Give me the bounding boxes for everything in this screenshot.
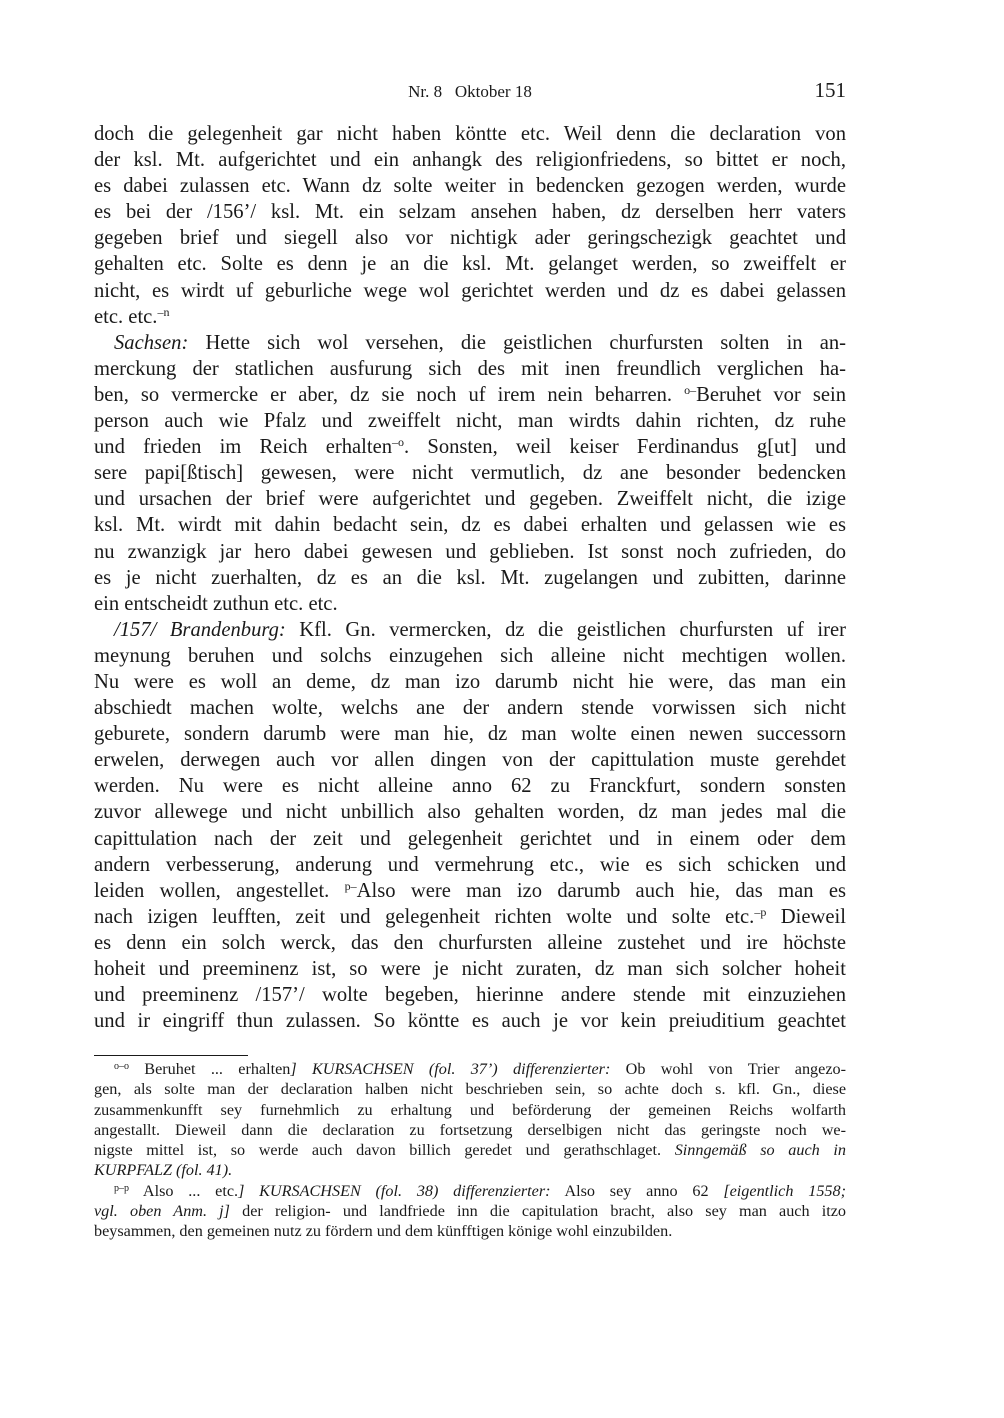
line-text: gehalten etc. Solte es denn je an die ks…	[94, 253, 846, 275]
footnote-line: zusammenkunfft sey furnehmlich zu erhalt…	[94, 1100, 846, 1120]
space	[129, 1182, 143, 1200]
text-line: gegeben brief und siegell also vor nicht…	[94, 225, 846, 251]
variant-marker: –n	[157, 305, 169, 319]
line-text: merckung der statlichen ausfurung sich d…	[94, 358, 846, 380]
page-header: Nr. 8 Oktober 18 151	[94, 80, 846, 106]
text-line: zuvor allewege und nicht unbillich also …	[94, 799, 846, 825]
line-text: Also were man izo darumb auch hie, das m…	[357, 880, 846, 902]
text-line: und ir eingriff thun zulassen. So köntte…	[94, 1008, 846, 1034]
text-line: doch die gelegenheit gar nicht haben kön…	[94, 121, 846, 147]
footnote: o–o Beruhet ... erhalten] KURSACHSEN (fo…	[94, 1059, 846, 1181]
line-text: ben, so vermercke er aber, dz sie noch u…	[94, 384, 684, 406]
line-text: nicht, es wirdt uf geburliche wege wol g…	[94, 280, 846, 302]
running-head: Nr. 8 Oktober 18	[94, 82, 846, 102]
footnote-line: nigste mittel ist, so werde auch davon b…	[94, 1140, 846, 1160]
text-line: und frieden im Reich erhalten–o. Sonsten…	[94, 434, 846, 460]
line-text: der ksl. Mt. aufgerichtet und ein anhang…	[94, 149, 846, 171]
footnote-line: o–o Beruhet ... erhalten] KURSACHSEN (fo…	[94, 1059, 846, 1079]
line-text: Hette sich wol versehen, die geistlichen…	[188, 332, 846, 354]
text-line: etc. etc.–n	[94, 304, 846, 330]
space	[129, 1060, 144, 1078]
line-text: Dieweil	[766, 906, 846, 928]
footnote-text: angestallt. Dieweil dann die declaration…	[94, 1121, 846, 1139]
variant-marker: p–	[345, 879, 357, 893]
line-text: capittulation nach der zeit und gelegenh…	[94, 828, 846, 850]
text-line: meynung beruhen und solchs einzugehen si…	[94, 643, 846, 669]
line-text: andern verbesserung, anderung und vermeh…	[94, 854, 846, 876]
text-line: es dabei zulassen etc. Wann dz solte wei…	[94, 173, 846, 199]
text-line: capittulation nach der zeit und gelegenh…	[94, 826, 846, 852]
footnote-italic: Sinngemäß so auch in	[675, 1141, 846, 1159]
text-line: merckung der statlichen ausfurung sich d…	[94, 356, 846, 382]
footnote-line: angestallt. Dieweil dann die declaration…	[94, 1120, 846, 1140]
line-text: . Sonsten, weil keiser Ferdinandus g[ut]…	[404, 436, 846, 458]
page-number: 151	[815, 78, 847, 103]
footnote-line: beysammen, den gemeinen nutz zu fördern …	[94, 1221, 846, 1241]
text-line: person auch wie Pfalz und zweiffelt nich…	[94, 408, 846, 434]
text-line: werden. Nu were es nicht alleine anno 62…	[94, 773, 846, 799]
text-line: ein entscheidt zuthun etc. etc.	[94, 591, 846, 617]
line-text: es bei der /156’/ ksl. Mt. ein selzam an…	[94, 201, 846, 223]
line-text: erwelen, derwegen auch vor allen dingen …	[94, 749, 846, 771]
footnote-italic: KURPFALZ (fol. 41).	[94, 1161, 232, 1179]
line-text: es denn ein solch werck, das den churfur…	[94, 932, 846, 954]
speaker-label: /157/ Brandenburg:	[114, 619, 286, 641]
footnote-marker: p–p	[114, 1183, 129, 1194]
line-text: und preeminenz /157’/ wolte begeben, hie…	[94, 984, 846, 1006]
footnote-text: der religion- und landfriede inn die cap…	[230, 1202, 846, 1220]
line-text: person auch wie Pfalz und zweiffelt nich…	[94, 410, 846, 432]
footnote-line: KURPFALZ (fol. 41).	[94, 1160, 846, 1180]
text-line: Sachsen: Hette sich wol versehen, die ge…	[94, 330, 846, 356]
footnote-text: Also ... etc.	[143, 1182, 238, 1200]
footnote-text: zusammenkunfft sey furnehmlich zu erhalt…	[94, 1101, 846, 1119]
line-text: Kfl. Gn. vermercken, dz die geistlichen …	[286, 619, 846, 641]
text-line: geburete, sondern darumb were man hie, d…	[94, 721, 846, 747]
footnote-italic: vgl. oben Anm. j]	[94, 1202, 230, 1220]
line-text: nach izigen leufften, zeit und gelegenhe…	[94, 906, 754, 928]
text-line: hoheit und preeminenz ist, so were je ni…	[94, 956, 846, 982]
text-line: Nu were es woll an deme, dz man izo daru…	[94, 669, 846, 695]
footnote-text: gen, als solte man der declaration halbe…	[94, 1080, 846, 1098]
footnote-marker: o–o	[114, 1061, 129, 1072]
line-text: es je nicht zuerhalten, dz es an die ksl…	[94, 567, 846, 589]
text-line: der ksl. Mt. aufgerichtet und ein anhang…	[94, 147, 846, 173]
footnote-text: nigste mittel ist, so werde auch davon b…	[94, 1141, 675, 1159]
line-text: meynung beruhen und solchs einzugehen si…	[94, 645, 846, 667]
footnote: p–p Also ... etc.] KURSACHSEN (fol. 38) …	[94, 1181, 846, 1242]
text-line: nu zwanzigk jar hero dabei gewesen und g…	[94, 539, 846, 565]
line-text: und ir eingriff thun zulassen. So köntte…	[94, 1010, 846, 1032]
main-text: doch die gelegenheit gar nicht haben kön…	[94, 121, 846, 1034]
footnote-line: vgl. oben Anm. j] der religion- und land…	[94, 1201, 846, 1221]
text-line: es je nicht zuerhalten, dz es an die ksl…	[94, 565, 846, 591]
line-text: zuvor allewege und nicht unbillich also …	[94, 801, 846, 823]
text-line: sere papi[ßtisch] gewesen, were nicht ve…	[94, 460, 846, 486]
footnote-italic: ] KURSACHSEN (fol. 37’) differenzierter:	[290, 1060, 610, 1078]
line-text: geburete, sondern darumb were man hie, d…	[94, 723, 846, 745]
text-line: abschiedt machen wolte, welchs ane der a…	[94, 695, 846, 721]
footnote-text: Ob wohl von Trier angezo-	[610, 1060, 846, 1078]
line-text: leiden wollen, angestellet.	[94, 880, 345, 902]
variant-marker: o–	[684, 383, 696, 397]
line-text: abschiedt machen wolte, welchs ane der a…	[94, 697, 846, 719]
line-text: gegeben brief und siegell also vor nicht…	[94, 227, 846, 249]
text-line: nicht, es wirdt uf geburliche wege wol g…	[94, 278, 846, 304]
line-text: und frieden im Reich erhalten	[94, 436, 392, 458]
footnote-text: Also sey anno 62	[551, 1182, 724, 1200]
text-line: /157/ Brandenburg: Kfl. Gn. vermercken, …	[94, 617, 846, 643]
line-text: Nu were es woll an deme, dz man izo daru…	[94, 671, 846, 693]
text-line: es denn ein solch werck, das den churfur…	[94, 930, 846, 956]
text-line: und ursachen der brief were aufgerichtet…	[94, 486, 846, 512]
footnotes: o–o Beruhet ... erhalten] KURSACHSEN (fo…	[94, 1059, 846, 1242]
footnote-text: beysammen, den gemeinen nutz zu fördern …	[94, 1222, 672, 1240]
footnote-italic: [eigentlich 1558;	[723, 1182, 846, 1200]
line-text: ksl. Mt. wirdt mit dahin bedacht sein, d…	[94, 514, 846, 536]
text-line: gehalten etc. Solte es denn je an die ks…	[94, 251, 846, 277]
line-text: doch die gelegenheit gar nicht haben kön…	[94, 123, 846, 145]
text-line: erwelen, derwegen auch vor allen dingen …	[94, 747, 846, 773]
text-line: ben, so vermercke er aber, dz sie noch u…	[94, 382, 846, 408]
text-line: ksl. Mt. wirdt mit dahin bedacht sein, d…	[94, 512, 846, 538]
line-text: und ursachen der brief were aufgerichtet…	[94, 488, 846, 510]
line-text: nu zwanzigk jar hero dabei gewesen und g…	[94, 541, 846, 563]
line-text: werden. Nu were es nicht alleine anno 62…	[94, 775, 846, 797]
footnote-line: p–p Also ... etc.] KURSACHSEN (fol. 38) …	[94, 1181, 846, 1201]
speaker-label: Sachsen:	[114, 332, 188, 354]
footnote-line: gen, als solte man der declaration halbe…	[94, 1079, 846, 1099]
line-text: ein entscheidt zuthun etc. etc.	[94, 593, 338, 615]
text-line: nach izigen leufften, zeit und gelegenhe…	[94, 904, 846, 930]
text-line: und preeminenz /157’/ wolte begeben, hie…	[94, 982, 846, 1008]
footnote-text: Beruhet ... erhalten	[144, 1060, 290, 1078]
line-text: sere papi[ßtisch] gewesen, were nicht ve…	[94, 462, 846, 484]
line-text: hoheit und preeminenz ist, so were je ni…	[94, 958, 846, 980]
text-line: leiden wollen, angestellet. p–Also were …	[94, 878, 846, 904]
line-text: es dabei zulassen etc. Wann dz solte wei…	[94, 175, 846, 197]
variant-marker: –p	[754, 905, 766, 919]
line-text: etc. etc.	[94, 306, 157, 328]
text-line: es bei der /156’/ ksl. Mt. ein selzam an…	[94, 199, 846, 225]
footnote-rule	[94, 1055, 248, 1056]
text-line: andern verbesserung, anderung und vermeh…	[94, 852, 846, 878]
line-text: Beruhet vor sein	[696, 384, 846, 406]
footnote-italic: ] KURSACHSEN (fol. 38) differenzierter:	[238, 1182, 551, 1200]
variant-marker: –o	[392, 435, 404, 449]
